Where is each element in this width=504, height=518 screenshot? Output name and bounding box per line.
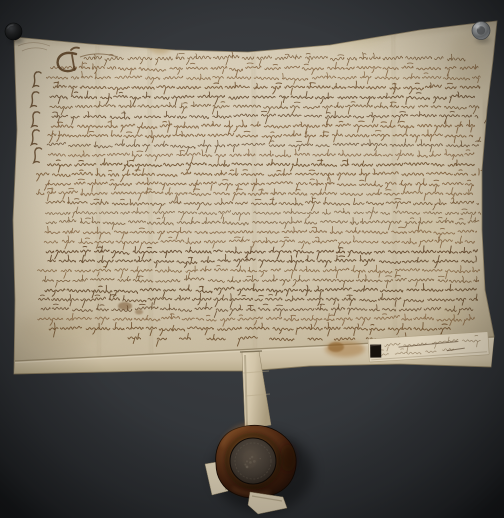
- vignette-overlay: [0, 0, 504, 518]
- charter-photograph: [0, 0, 504, 518]
- photo-vignette: [0, 0, 504, 518]
- photo-stage: [0, 0, 504, 518]
